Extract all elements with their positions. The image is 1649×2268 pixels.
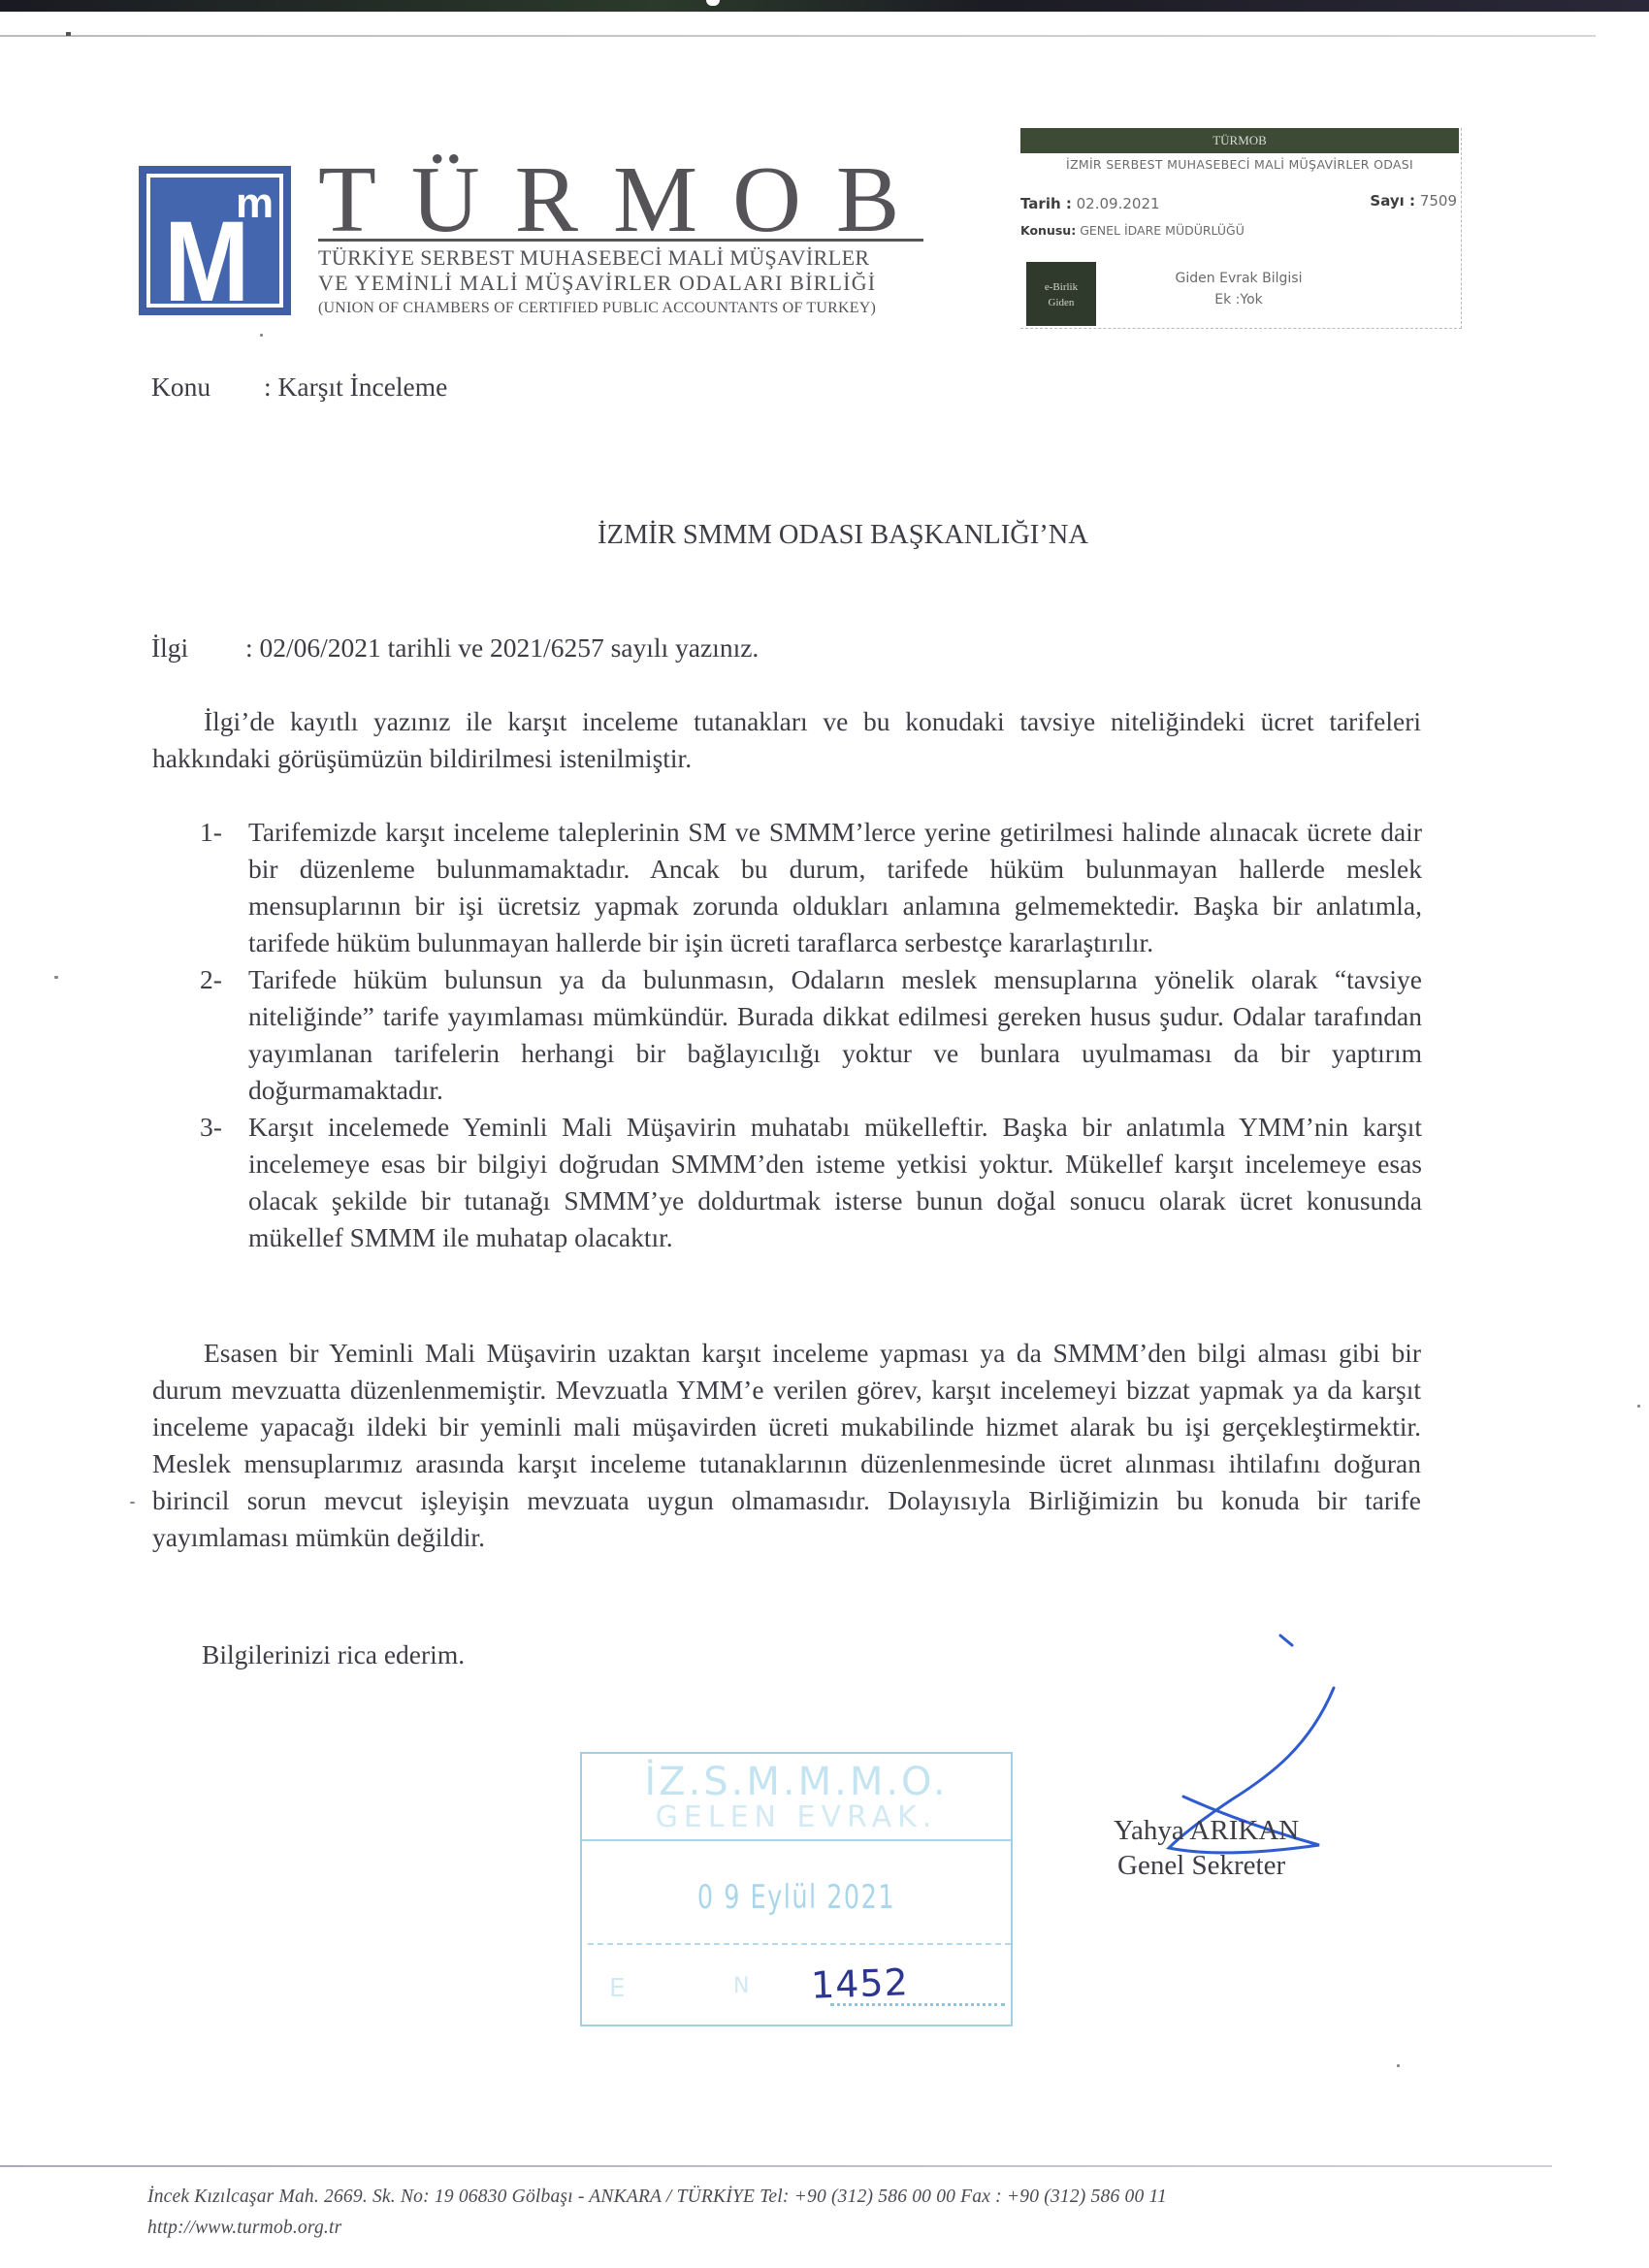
top-rule <box>0 35 1596 37</box>
footer-url[interactable]: http://www.turmob.org.tr <box>147 2218 341 2239</box>
registry-subject-value: GENEL İDARE MÜDÜRLÜĞÜ <box>1080 223 1245 238</box>
stamp-entry-row: E N 1452 <box>588 1943 1011 2023</box>
scan-speck <box>1637 1405 1640 1408</box>
subject-value: : Karşıt İnceleme <box>264 369 447 405</box>
registry-date-value: 02.09.2021 <box>1077 195 1160 212</box>
list-item-text: Karşıt incelemede Yeminli Mali Müşavirin… <box>248 1112 1422 1252</box>
org-acronym: TÜRMOB <box>318 151 920 248</box>
org-name-english: (UNION OF CHAMBERS OF CERTIFIED PUBLIC A… <box>318 298 939 319</box>
scan-edge <box>0 0 1649 12</box>
footer-address: İncek Kızılcaşar Mah. 2669. Sk. No: 19 0… <box>147 2187 1167 2208</box>
addressee: İZMİR SMMM ODASI BAŞKANLIĞI’NA <box>0 517 1649 554</box>
registry-info: Giden Evrak Bilgisi Ek :Yok <box>1147 268 1331 310</box>
registry-info-line2: Ek :Yok <box>1147 289 1331 310</box>
scan-speck <box>130 1502 135 1504</box>
logo-small-letter: m <box>236 187 274 220</box>
received-stamp: İZ.S.M.M.M.O. GELEN EVRAK. 0 9 Eylül 202… <box>580 1752 1013 2026</box>
list-item: 1- Tarifemizde karşıt inceleme talepleri… <box>190 814 1422 961</box>
numbered-list: 1- Tarifemizde karşıt inceleme talepleri… <box>190 814 1422 1256</box>
list-item-number: 2- <box>200 961 222 998</box>
badge-line1: e-Birlik <box>1026 279 1096 295</box>
badge-line2: Giden <box>1026 295 1096 310</box>
letterhead-rule <box>318 239 923 242</box>
registry-subject-label: Konusu: <box>1020 223 1076 238</box>
list-item: 3- Karşıt incelemede Yeminli Mali Müşavi… <box>190 1109 1422 1256</box>
regards-line: Bilgilerinizi rica ederim. <box>202 1636 465 1673</box>
subject-label: Konu <box>151 369 210 405</box>
signatory-title: Genel Sekreter <box>1117 1849 1285 1882</box>
scan-speck <box>260 334 263 337</box>
footer-rule <box>0 2165 1552 2167</box>
logo-big-letter: M <box>164 218 248 306</box>
registry-subject: Konusu: GENEL İDARE MÜDÜRLÜĞÜ <box>1020 223 1245 238</box>
registry-number-value: 7509 <box>1420 192 1457 210</box>
turmob-logo: M m <box>139 166 291 315</box>
intro-paragraph: İlgi’de kayıtlı yazınız ile karşıt incel… <box>152 703 1421 777</box>
registry-number-label: Sayı : <box>1370 192 1415 210</box>
list-item-number: 1- <box>200 814 222 851</box>
registry-header: TÜRMOB <box>1020 128 1459 153</box>
scan-speck <box>54 976 58 979</box>
registry-date: Tarih : 02.09.2021 <box>1020 195 1160 212</box>
stamp-handwritten-number: 1452 <box>810 1960 909 2006</box>
outgoing-registry-label: TÜRMOB İZMİR SERBEST MUHASEBECİ MALİ MÜŞ… <box>1020 128 1462 329</box>
list-item: 2- Tarifede hüküm bulunsun ya da bulunma… <box>190 961 1422 1109</box>
registry-info-line1: Giden Evrak Bilgisi <box>1147 268 1331 289</box>
stamp-header: İZ.S.M.M.M.O. GELEN EVRAK. <box>582 1762 1011 1841</box>
e-birlik-badge: e-Birlik Giden <box>1026 262 1096 326</box>
stamp-entry-label: E <box>609 1974 625 2003</box>
list-item-text: Tarifede hüküm bulunsun ya da bulunmasın… <box>248 964 1422 1105</box>
list-item-text: Tarifemizde karşıt inceleme taleplerinin… <box>248 817 1422 957</box>
list-item-number: 3- <box>200 1109 222 1146</box>
logo-frame: M m <box>146 174 283 308</box>
closing-paragraph: Esasen bir Yeminli Mali Müşavirin uzakta… <box>152 1335 1421 1556</box>
scan-speck <box>66 32 71 36</box>
registry-chamber: İZMİR SERBEST MUHASEBECİ MALİ MÜŞAVİRLER… <box>1020 157 1459 172</box>
org-name-line1: TÜRKİYE SERBEST MUHASEBECİ MALİ MÜŞAVİRL… <box>318 247 939 269</box>
registry-number: Sayı : 7509 <box>1370 192 1457 210</box>
reference-label: İlgi <box>151 630 188 666</box>
signatory-name: Yahya ARIKAN <box>1114 1814 1299 1847</box>
stamp-chamber: İZ.S.M.M.M.O. <box>582 1762 1011 1802</box>
reference-value: : 02/06/2021 tarihli ve 2021/6257 sayılı… <box>245 630 759 666</box>
stamp-date: 0 9 Eylül 2021 <box>635 1878 957 1917</box>
scan-speck <box>1397 2064 1400 2067</box>
stamp-incoming: GELEN EVRAK. <box>582 1802 1011 1833</box>
org-name-line2: VE YEMİNLİ MALİ MÜŞAVİRLER ODALARI BİRLİ… <box>318 273 939 294</box>
stamp-no-label: N <box>733 1974 749 1998</box>
registry-date-label: Tarih : <box>1020 195 1072 212</box>
